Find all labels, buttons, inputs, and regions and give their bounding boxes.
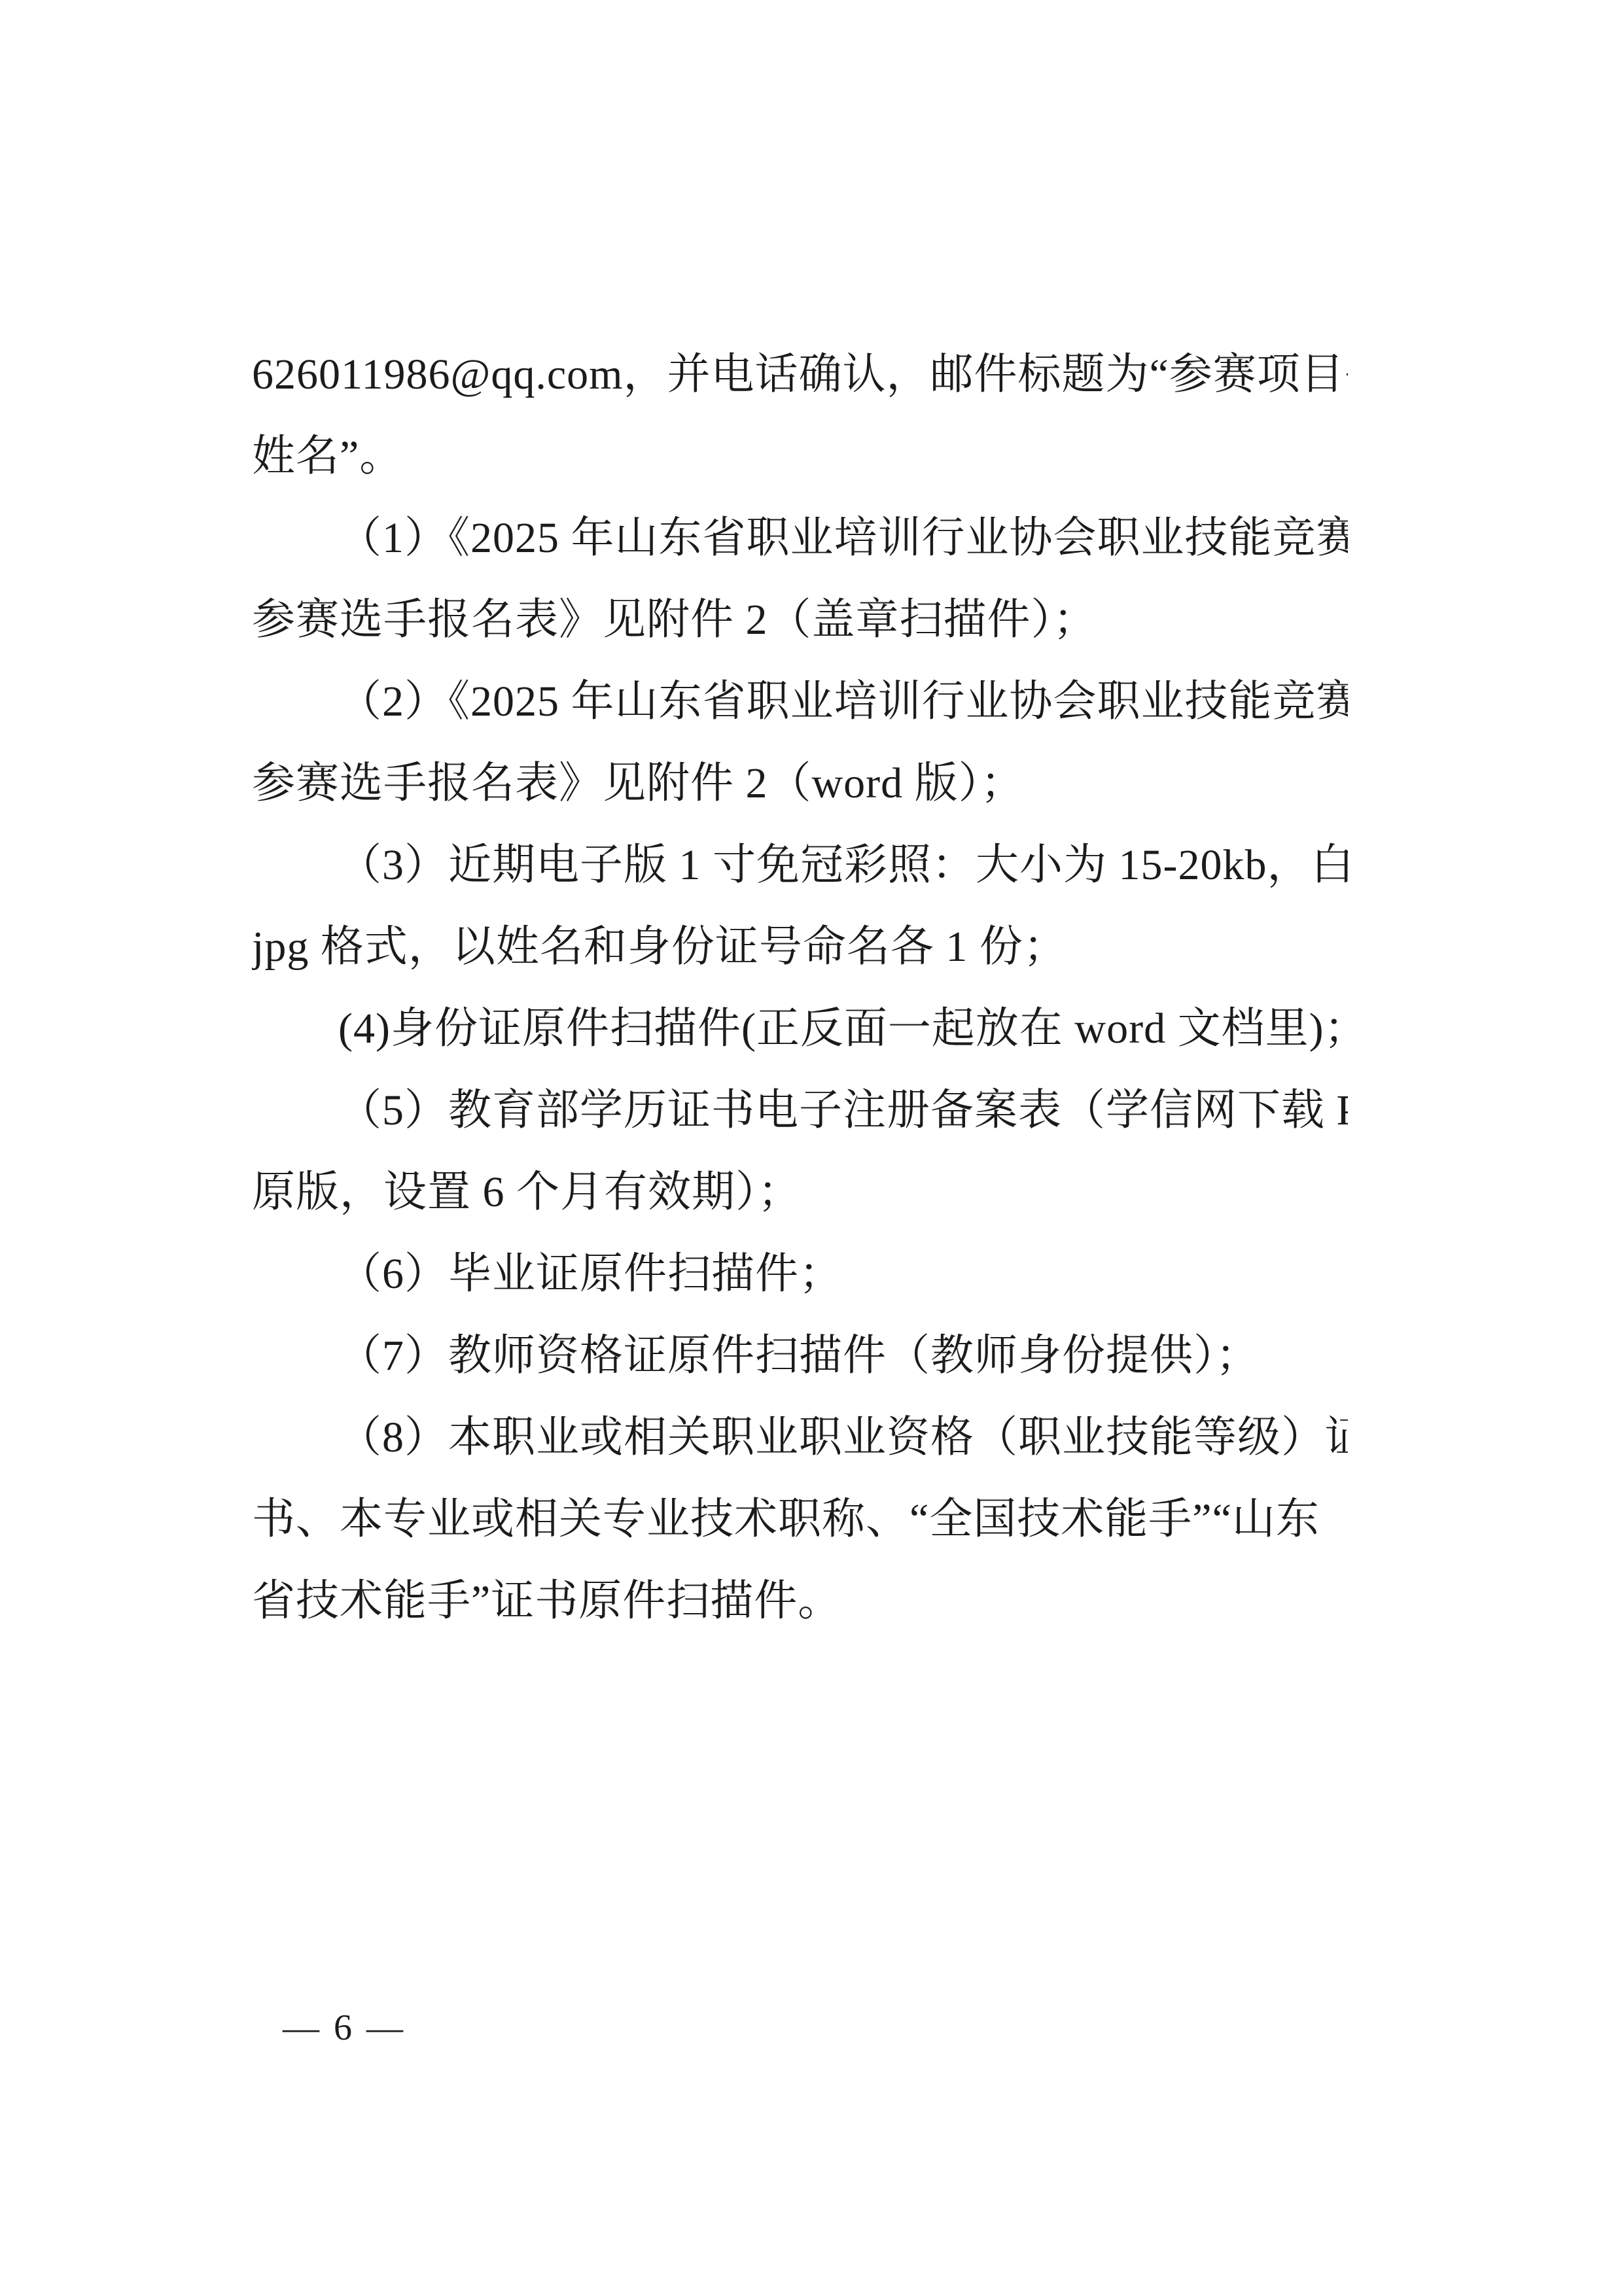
document-line: （7）教师资格证原件扫描件（教师身份提供）； xyxy=(252,1315,1348,1397)
document-line: 参赛选手报名表》见附件 2（word 版）； xyxy=(252,742,1348,824)
document-line: 626011986@qq.com，并电话确认，邮件标题为“参赛项目+ xyxy=(252,334,1348,415)
document-line: 姓名”。 xyxy=(252,415,1348,497)
document-line: (4)身份证原件扫描件(正反面一起放在 word 文档里)； xyxy=(252,988,1348,1070)
document-line: （3）近期电子版 1 寸免冠彩照：大小为 15-20kb，白底， xyxy=(252,824,1348,906)
document-line: （6）毕业证原件扫描件； xyxy=(252,1233,1348,1315)
document-line: jpg 格式，以姓名和身份证号命名各 1 份； xyxy=(252,906,1348,988)
document-line: 参赛选手报名表》见附件 2（盖章扫描件）； xyxy=(252,579,1348,661)
document-line: 省技术能手”证书原件扫描件。 xyxy=(252,1560,1348,1642)
document-line: （2）《2025 年山东省职业培训行业协会职业技能竞赛 xyxy=(252,661,1348,742)
document-line: 原版，设置 6 个月有效期）； xyxy=(252,1151,1348,1233)
page-number-footer: — 6 — xyxy=(283,2007,406,2049)
document-line: （1）《2025 年山东省职业培训行业协会职业技能竞赛 xyxy=(252,497,1348,579)
document-body: 626011986@qq.com，并电话确认，邮件标题为“参赛项目+姓名”。（1… xyxy=(252,334,1348,1642)
document-line: （8）本职业或相关职业职业资格（职业技能等级）证 xyxy=(252,1397,1348,1478)
document-line: 书、本专业或相关专业技术职称、“全国技术能手”“山东 xyxy=(252,1478,1348,1560)
document-page: 626011986@qq.com，并电话确认，邮件标题为“参赛项目+姓名”。（1… xyxy=(0,0,1624,2296)
document-line: （5）教育部学历证书电子注册备案表（学信网下载 PDF xyxy=(252,1070,1348,1151)
